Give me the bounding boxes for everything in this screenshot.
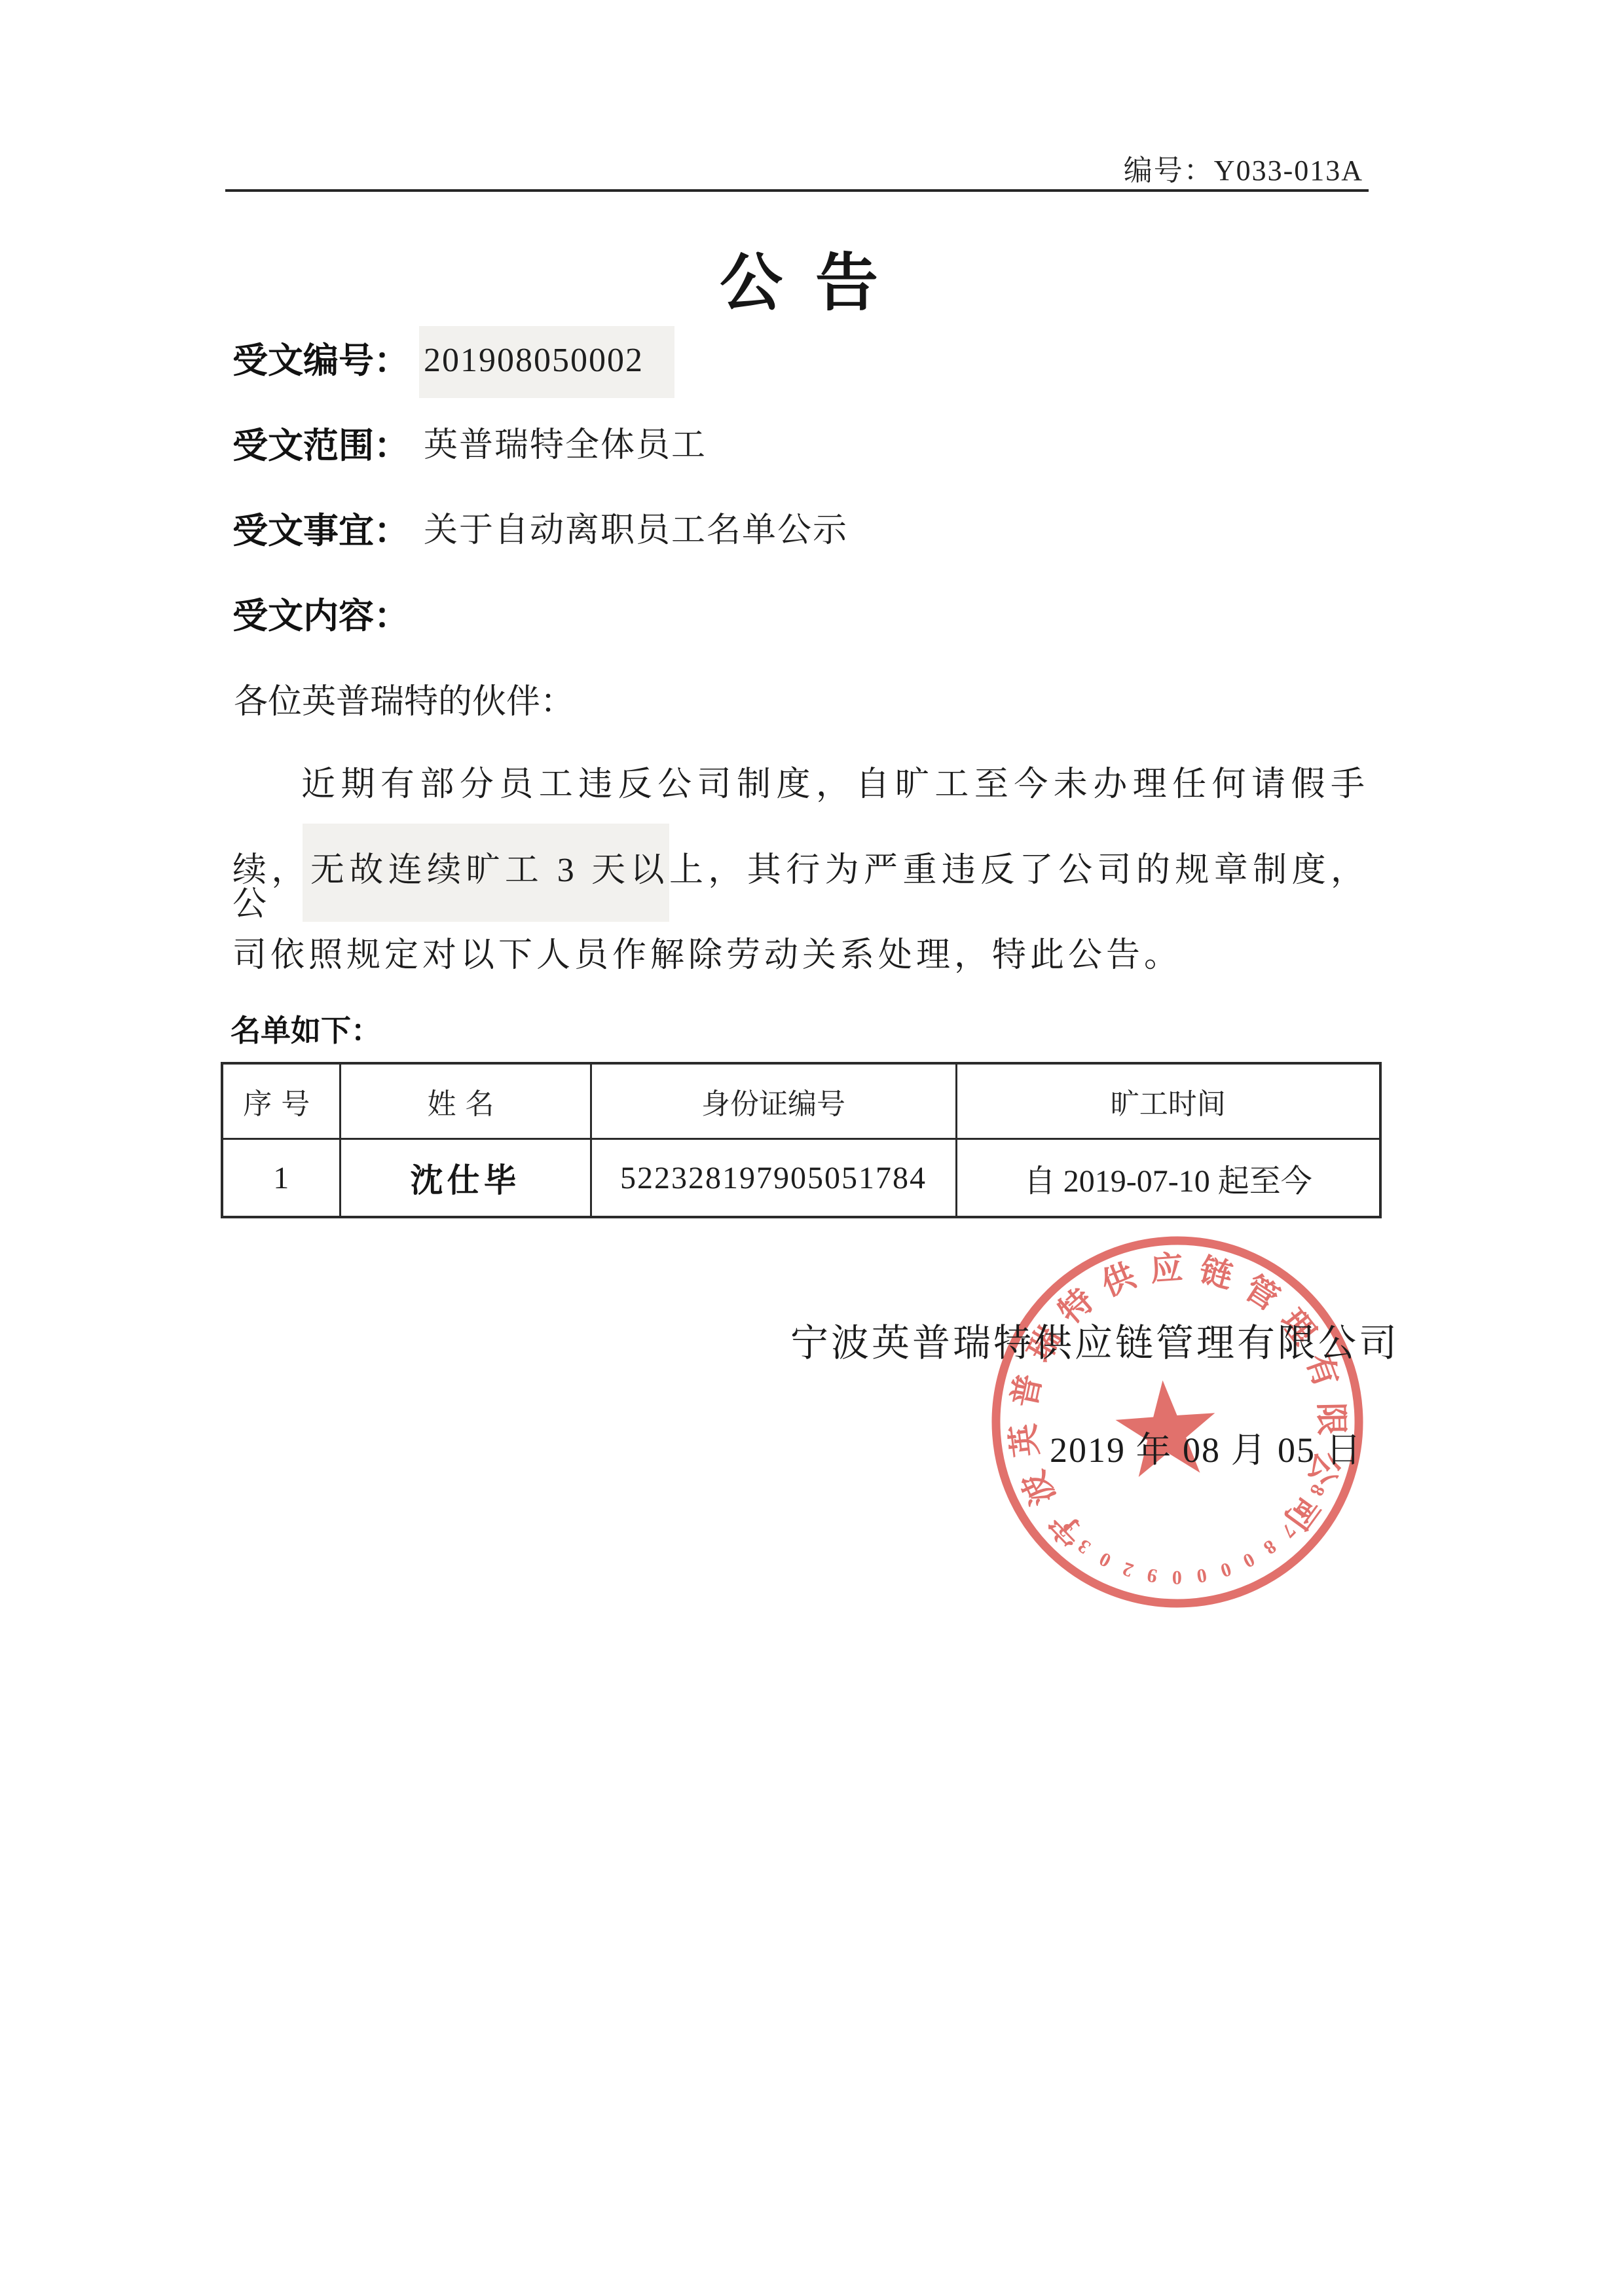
table-header-row: 序号 姓名 身份证编号 旷工时间 xyxy=(222,1063,1380,1139)
roster-table: 序号 姓名 身份证编号 旷工时间 1 沈仕毕 52232819790505178… xyxy=(221,1062,1382,1218)
header-divider xyxy=(225,189,1369,192)
svg-text:9: 9 xyxy=(1145,1564,1158,1587)
col-header-id: 身份证编号 xyxy=(591,1063,956,1139)
meta-value: 关于自动离职员工名单公示 xyxy=(424,514,848,548)
cell-name: 沈仕毕 xyxy=(340,1139,591,1218)
col-header-absence-time: 旷工时间 xyxy=(956,1063,1380,1139)
svg-text:应: 应 xyxy=(1149,1249,1185,1288)
signature-date: 2019 年 08 月 05 日 xyxy=(1050,1432,1363,1468)
meta-label: 受文事宜： xyxy=(232,513,409,549)
meta-value: 英普瑞特全体员工 xyxy=(424,429,707,463)
col-header-index: 序号 xyxy=(222,1063,340,1139)
meta-label: 受文范围： xyxy=(232,428,409,464)
svg-text:8: 8 xyxy=(1259,1535,1280,1558)
meta-label: 受文内容： xyxy=(232,598,409,634)
meta-row-scope: 受文范围： 英普瑞特全体员工 xyxy=(232,428,707,464)
svg-text:波: 波 xyxy=(1015,1465,1062,1510)
doc-number-value: Y033-013A xyxy=(1214,155,1363,187)
body-line: 续，无故连续旷工 3 天以上，其行为严重违反了公司的规章制度，公 xyxy=(232,854,1369,922)
svg-text:英: 英 xyxy=(1005,1422,1045,1459)
meta-row-content: 受文内容： xyxy=(232,598,424,634)
body-line: 司依照规定对以下人员作解除劳动关系处理，特此公告。 xyxy=(232,939,1369,973)
svg-text:链: 链 xyxy=(1196,1251,1236,1295)
svg-text:0: 0 xyxy=(1195,1564,1208,1587)
svg-text:0: 0 xyxy=(1172,1567,1182,1588)
meta-row-doc-no: 受文编号： 201908050002 xyxy=(232,343,644,378)
list-intro: 名单如下： xyxy=(231,1016,381,1046)
salutation: 各位英普瑞特的伙伴： xyxy=(234,685,574,720)
meta-label: 受文编号： xyxy=(232,343,409,378)
meta-row-subject: 受文事宜： 关于自动离职员工名单公示 xyxy=(232,513,848,549)
svg-text:普: 普 xyxy=(1005,1371,1048,1410)
cell-id-number: 522328197905051784 xyxy=(591,1139,956,1218)
doc-number-line: 编号：Y033-013A xyxy=(1124,156,1363,185)
cell-index: 1 xyxy=(222,1139,340,1218)
cell-absence-time: 自 2019-07-10 起至今 xyxy=(956,1139,1380,1218)
meta-value: 201908050002 xyxy=(424,344,644,378)
company-seal-stamp: 宁波英普瑞特供应链管理有限公司 3302900008708 xyxy=(987,1232,1367,1612)
col-header-name: 姓名 xyxy=(340,1063,591,1139)
svg-text:2: 2 xyxy=(1120,1558,1136,1581)
svg-text:0: 0 xyxy=(1240,1548,1258,1572)
announcement-page: 编号：Y033-013A 公 告 受文编号： 201908050002 受文范围… xyxy=(0,0,1624,2296)
body-line: 近期有部分员工违反公司制度，自旷工至今未办理任何请假手 xyxy=(232,768,1369,802)
doc-number-label: 编号： xyxy=(1124,155,1214,187)
svg-text:供: 供 xyxy=(1096,1256,1141,1303)
table-row: 1 沈仕毕 522328197905051784 自 2019-07-10 起至… xyxy=(222,1139,1380,1218)
signature-company: 宁波英普瑞特供应链管理有限公司 xyxy=(790,1324,1399,1362)
page-title: 公 告 xyxy=(0,252,1598,315)
svg-text:0: 0 xyxy=(1218,1558,1234,1582)
svg-text:0: 0 xyxy=(1096,1548,1115,1571)
